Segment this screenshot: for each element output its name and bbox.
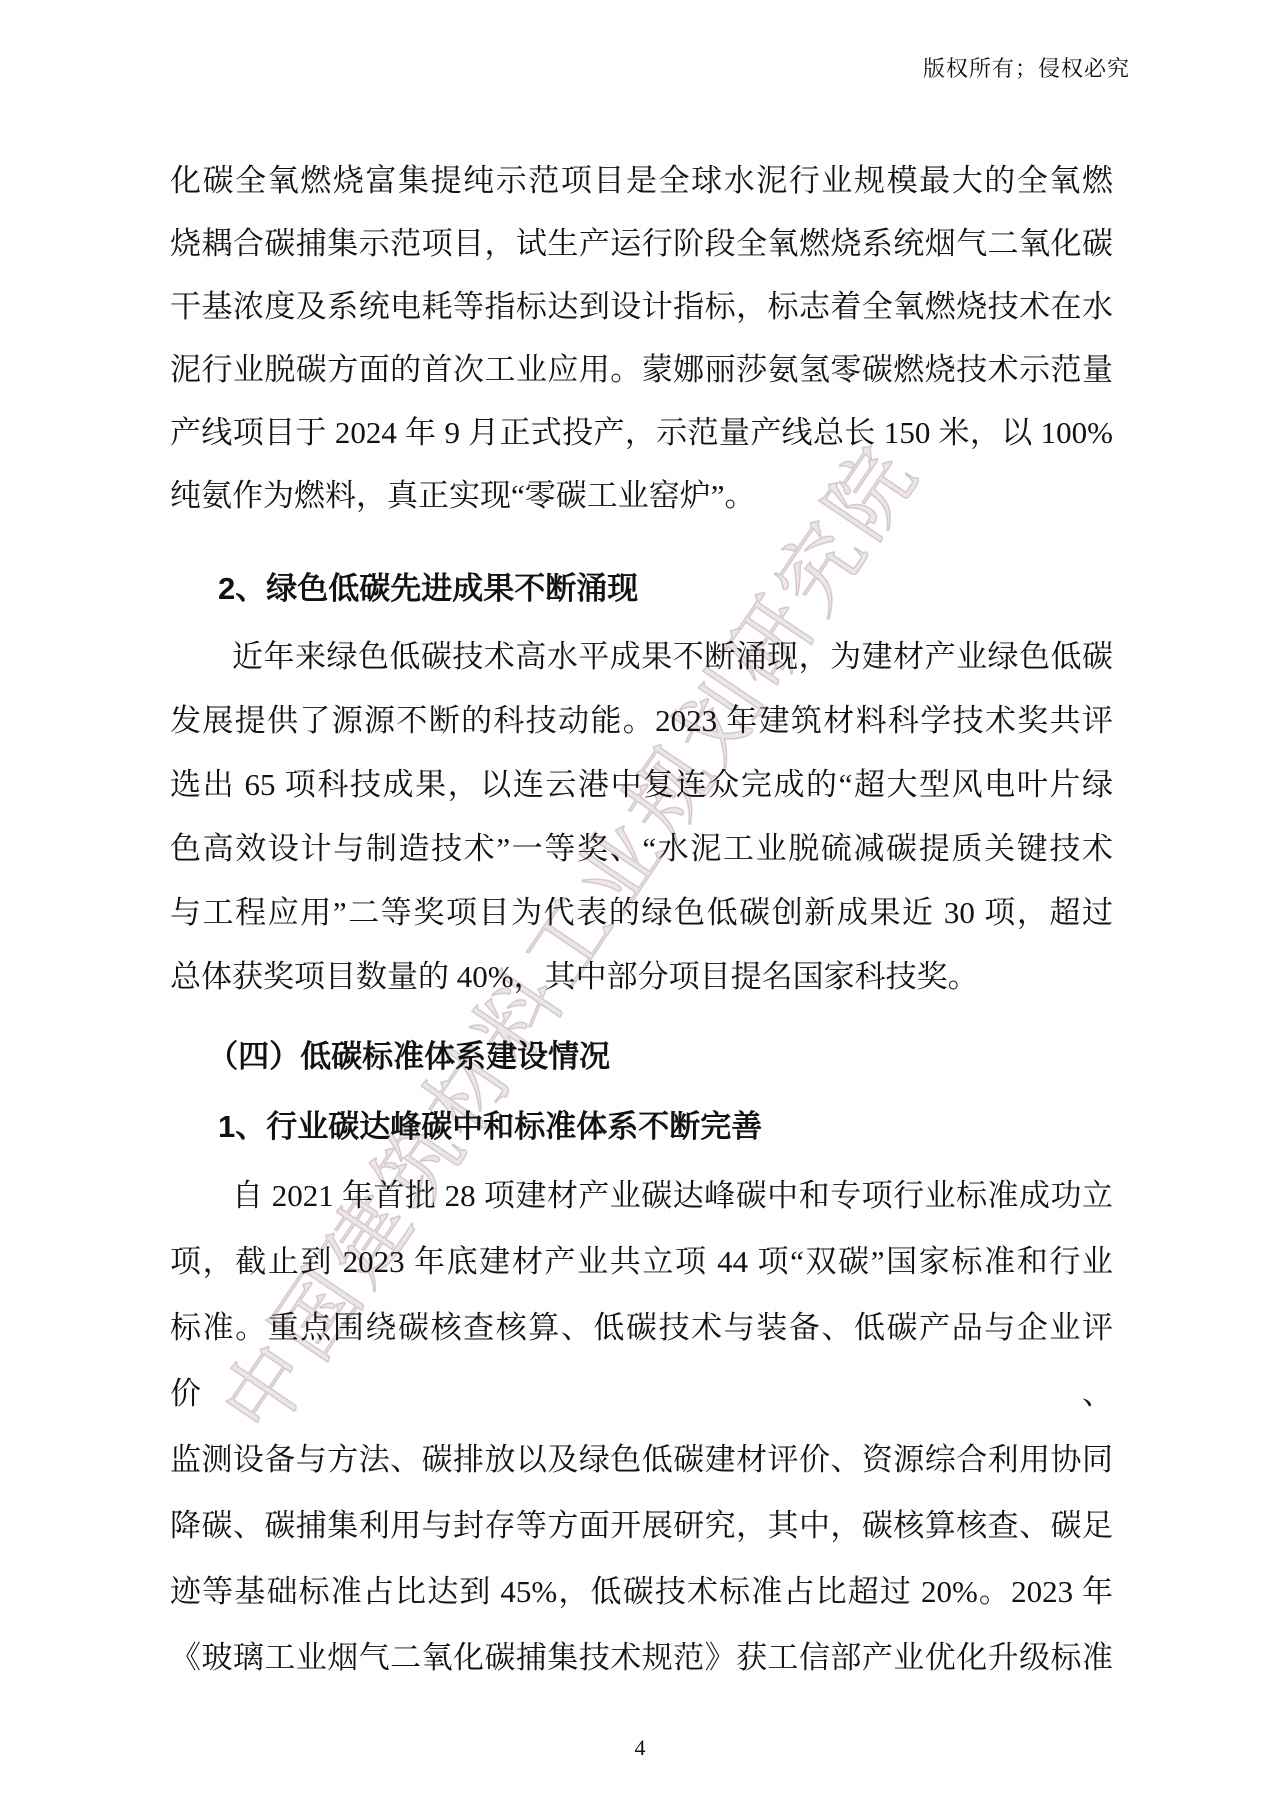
body-line: 总体获奖项目数量的 40%，其中部分项目提名国家科技奖。 — [170, 945, 1113, 1009]
page-content: 化碳全氧燃烧富集提纯示范项目是全球水泥行业规模最大的全氧燃 烧耦合碳捕集示范项目… — [170, 149, 1113, 1691]
subsection-heading-standard-system: 1、行业碳达峰碳中和标准体系不断完善 — [170, 1095, 1113, 1158]
body-line: 泥行业脱碳方面的首次工业应用。蒙娜丽莎氨氢零碳燃烧技术示范量 — [170, 338, 1113, 401]
body-line: 项，截止到 2023 年底建材产业共立项 44 项“双碳”国家标准和行业 — [170, 1229, 1113, 1295]
page-number: 4 — [0, 1735, 1280, 1761]
body-line: 产线项目于 2024 年 9 月正式投产，示范量产线总长 150 米，以 100… — [170, 401, 1113, 464]
body-line: 监测设备与方法、碳排放以及绿色低碳建材评价、资源综合利用协同 — [170, 1427, 1113, 1493]
body-line: 选出 65 项科技成果，以连云港中复连众完成的“超大型风电叶片绿 — [170, 753, 1113, 817]
body-line: 干基浓度及系统电耗等指标达到设计指标，标志着全氧燃烧技术在水 — [170, 275, 1113, 338]
body-line: 《玻璃工业烟气二氧化碳捕集技术规范》获工信部产业优化升级标准 — [170, 1625, 1113, 1691]
body-line: 自 2021 年首批 28 项建材产业碳达峰碳中和专项行业标准成功立 — [170, 1163, 1113, 1229]
paragraph-standards: 自 2021 年首批 28 项建材产业碳达峰碳中和专项行业标准成功立 项，截止到… — [170, 1163, 1113, 1691]
copyright-notice: 版权所有；侵权必究 — [923, 52, 1130, 83]
body-line: 发展提供了源源不断的科技动能。2023 年建筑材料科学技术奖共评 — [170, 689, 1113, 753]
body-line: 与工程应用”二等奖项目为代表的绿色低碳创新成果近 30 项，超过 — [170, 881, 1113, 945]
document-page: 版权所有；侵权必究 中国建筑材料工业规划研究院 化碳全氧燃烧富集提纯示范项目是全… — [0, 0, 1280, 1810]
body-line: 化碳全氧燃烧富集提纯示范项目是全球水泥行业规模最大的全氧燃 — [170, 149, 1113, 212]
section-heading-lowcarbon-standards: （四）低碳标准体系建设情况 — [170, 1025, 1113, 1088]
body-line: 纯氨作为燃料，真正实现“零碳工业窑炉”。 — [170, 464, 1113, 527]
section-heading-green-lowcarbon-achievements: 2、绿色低碳先进成果不断涌现 — [170, 557, 1113, 620]
body-line: 色高效设计与制造技术”一等奖、“水泥工业脱硫减碳提质关键技术 — [170, 817, 1113, 881]
body-line: 标准。重点围绕碳核查核算、低碳技术与装备、低碳产品与企业评价、 — [170, 1295, 1113, 1427]
body-line: 烧耦合碳捕集示范项目，试生产运行阶段全氧燃烧系统烟气二氧化碳 — [170, 212, 1113, 275]
body-line: 近年来绿色低碳技术高水平成果不断涌现，为建材产业绿色低碳 — [170, 625, 1113, 689]
paragraph-achievements: 近年来绿色低碳技术高水平成果不断涌现，为建材产业绿色低碳 发展提供了源源不断的科… — [170, 625, 1113, 1009]
body-line: 迹等基础标准占比达到 45%，低碳技术标准占比超过 20%。2023 年 — [170, 1559, 1113, 1625]
body-line: 降碳、碳捕集利用与封存等方面开展研究，其中，碳核算核查、碳足 — [170, 1493, 1113, 1559]
paragraph-oxyfuel-demo: 化碳全氧燃烧富集提纯示范项目是全球水泥行业规模最大的全氧燃 烧耦合碳捕集示范项目… — [170, 149, 1113, 527]
